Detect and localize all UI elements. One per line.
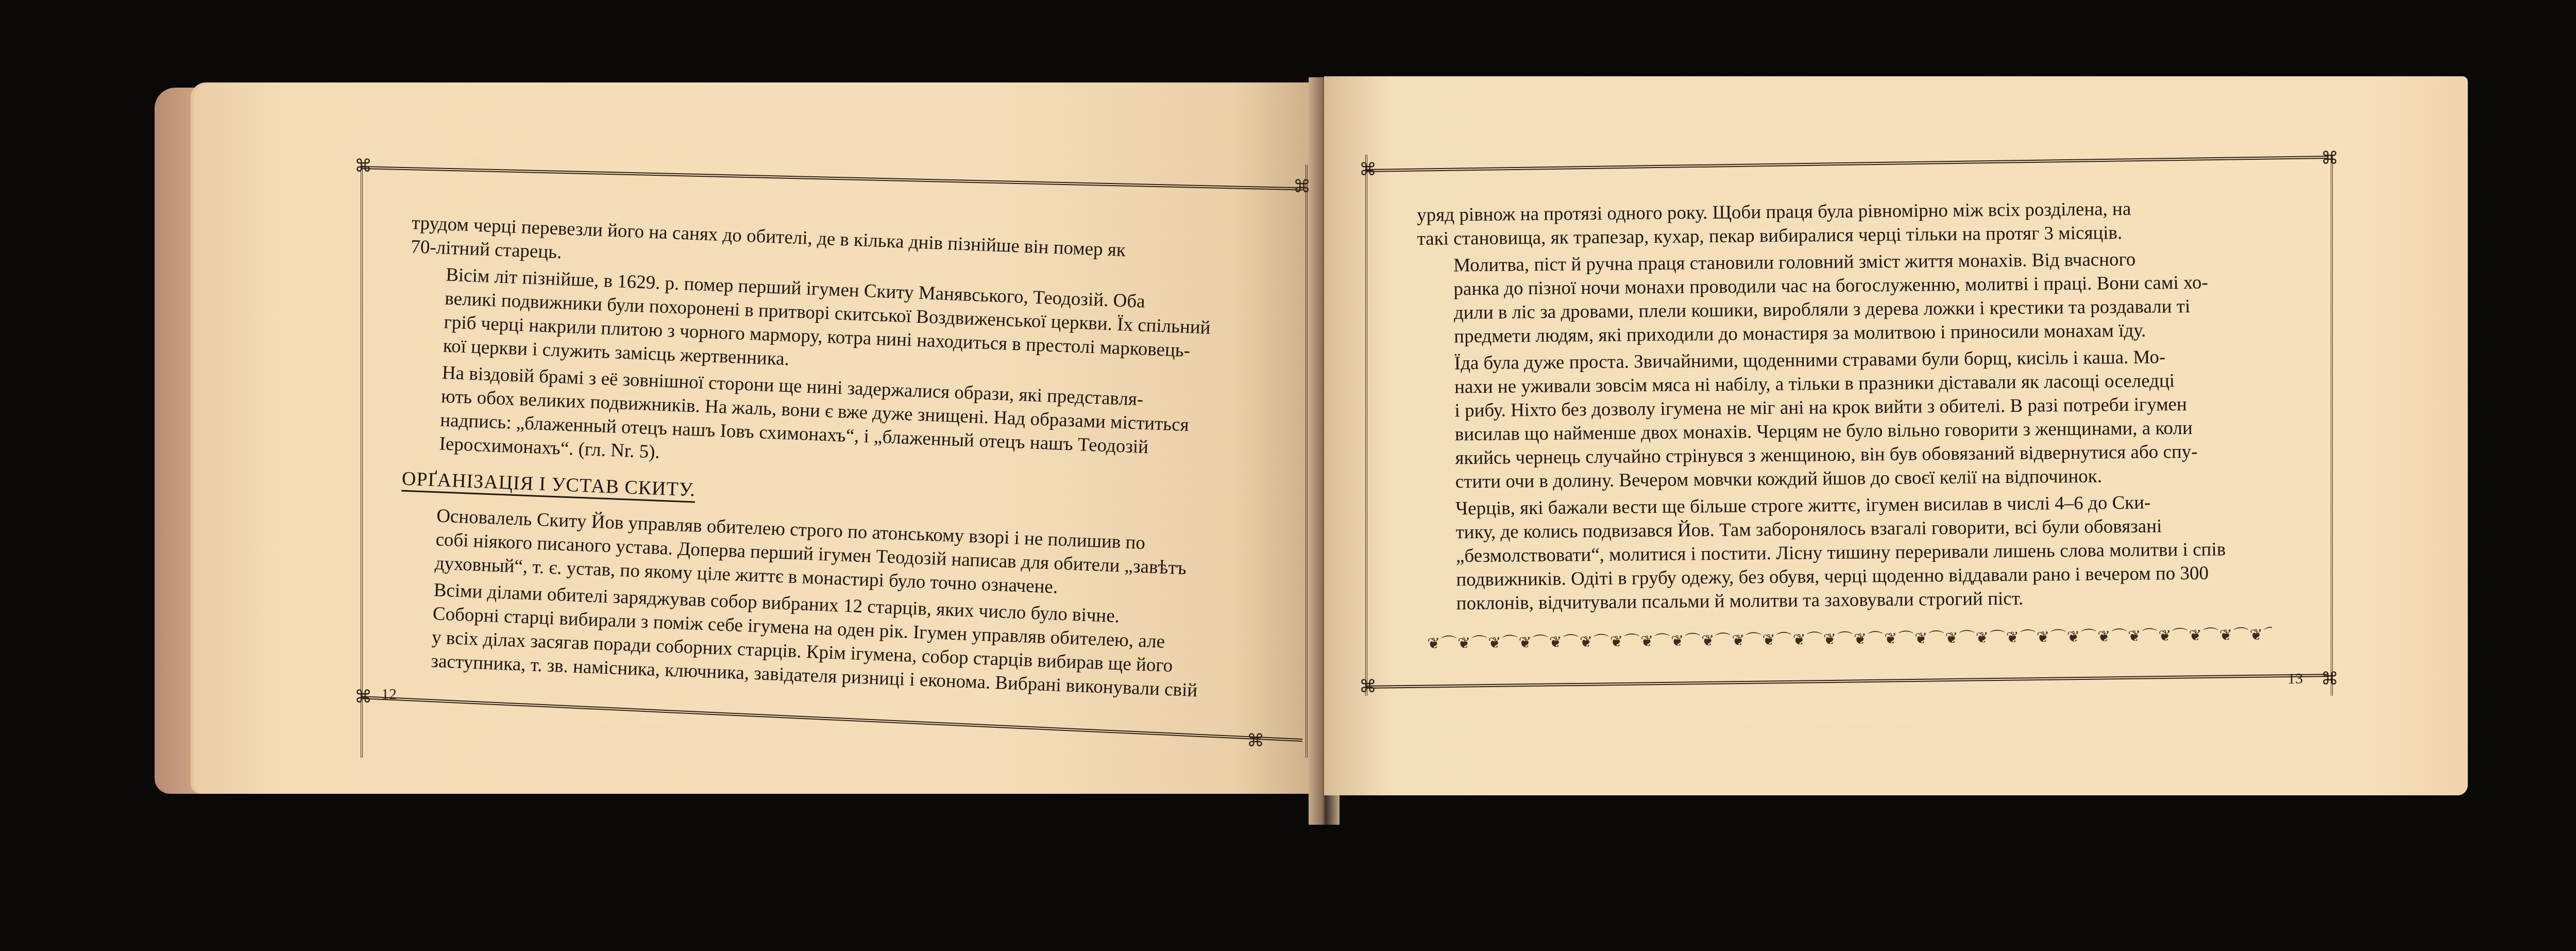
section-heading: ОРҐАНІЗАЦІЯ І УСТАВ СКИТУ. (401, 467, 696, 502)
corner-knot-icon: ⌘ (1359, 678, 1377, 695)
corner-knot-icon: ⌘ (1247, 732, 1264, 749)
paragraph: уряд рівнож на протязі одного року. Щоби… (1417, 196, 2293, 251)
left-page-text: трудом черці перевезли його на санях до … (394, 211, 1287, 709)
open-book: ⌘ ⌘ ⌘ ⌘ трудом черці перевезли його на с… (0, 0, 2576, 951)
corner-knot-icon: ⌘ (354, 688, 372, 706)
corner-knot-icon: ⌘ (2321, 670, 2338, 688)
page-number-left: 12 (381, 686, 397, 703)
paragraph: Молитва, піст й ручна праця становили го… (1417, 246, 2294, 349)
corner-knot-icon: ⌘ (2321, 149, 2338, 167)
page-number-right: 13 (2287, 670, 2303, 688)
paragraph: Черців, які бажали вести ще більше строг… (1419, 490, 2296, 616)
right-page-text: уряд рівнож на протязі одного року. Щоби… (1417, 196, 2296, 619)
corner-knot-icon: ⌘ (354, 157, 372, 175)
paragraph: Їда була дуже проста. Звичайними, щоденн… (1418, 344, 2295, 494)
corner-knot-icon: ⌘ (1359, 161, 1377, 178)
corner-knot-icon: ⌘ (1293, 178, 1311, 195)
